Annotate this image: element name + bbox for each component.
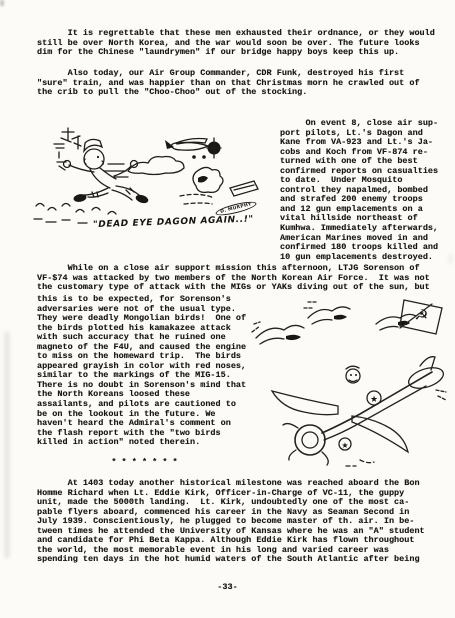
column-sorenson-body: this is to be expected, for Sorenson's a…: [37, 295, 246, 448]
bird-drawing-middle: [304, 302, 350, 324]
dust-cloud-drawing: [104, 157, 184, 178]
asterisk-separator: * * * * * * *: [37, 458, 252, 468]
hammer-sickle-icon: ☭: [414, 305, 430, 325]
speech-scribbles-drawing: [54, 128, 81, 170]
paragraph-sorenson-lead: While on a close air support mission thi…: [37, 264, 430, 293]
paragraph-regrettable: It is regrettable that these men exhaust…: [37, 29, 435, 58]
running-soldier-drawing: [64, 139, 150, 204]
paragraph-eddie-kirk: At 1403 today another historical milesto…: [37, 479, 425, 565]
soviet-flag-drawing: ☭: [400, 300, 442, 334]
scan-smudge: [0, 0, 4, 6]
corsair-plane-drawing: ★ ★: [272, 357, 446, 466]
paragraph-cdr-funk: Also today, our Air Group Commander, CDR…: [37, 69, 420, 98]
pilot-drawing: [346, 366, 360, 383]
explosion-smoke-drawing: [180, 167, 223, 204]
page-number: -33-: [0, 583, 455, 593]
bird-drawing-left: [252, 322, 304, 344]
document-page: It is regrettable that these men exhaust…: [0, 0, 455, 618]
strafing-plane-drawing: [165, 138, 221, 159]
star-insignia-icon: ★: [339, 438, 351, 450]
cartoon-mongolian-birds: ☭ ★: [250, 292, 450, 477]
scan-smudge: [449, 254, 452, 264]
svg-text:★: ★: [341, 441, 348, 450]
star-insignia-icon: ★: [367, 391, 381, 405]
column-event8: On event 8, close air sup- port pilots, …: [280, 119, 438, 262]
flying-debris-drawing: [230, 181, 258, 196]
scan-smudge: [5, 332, 9, 558]
svg-text:★: ★: [370, 395, 378, 405]
